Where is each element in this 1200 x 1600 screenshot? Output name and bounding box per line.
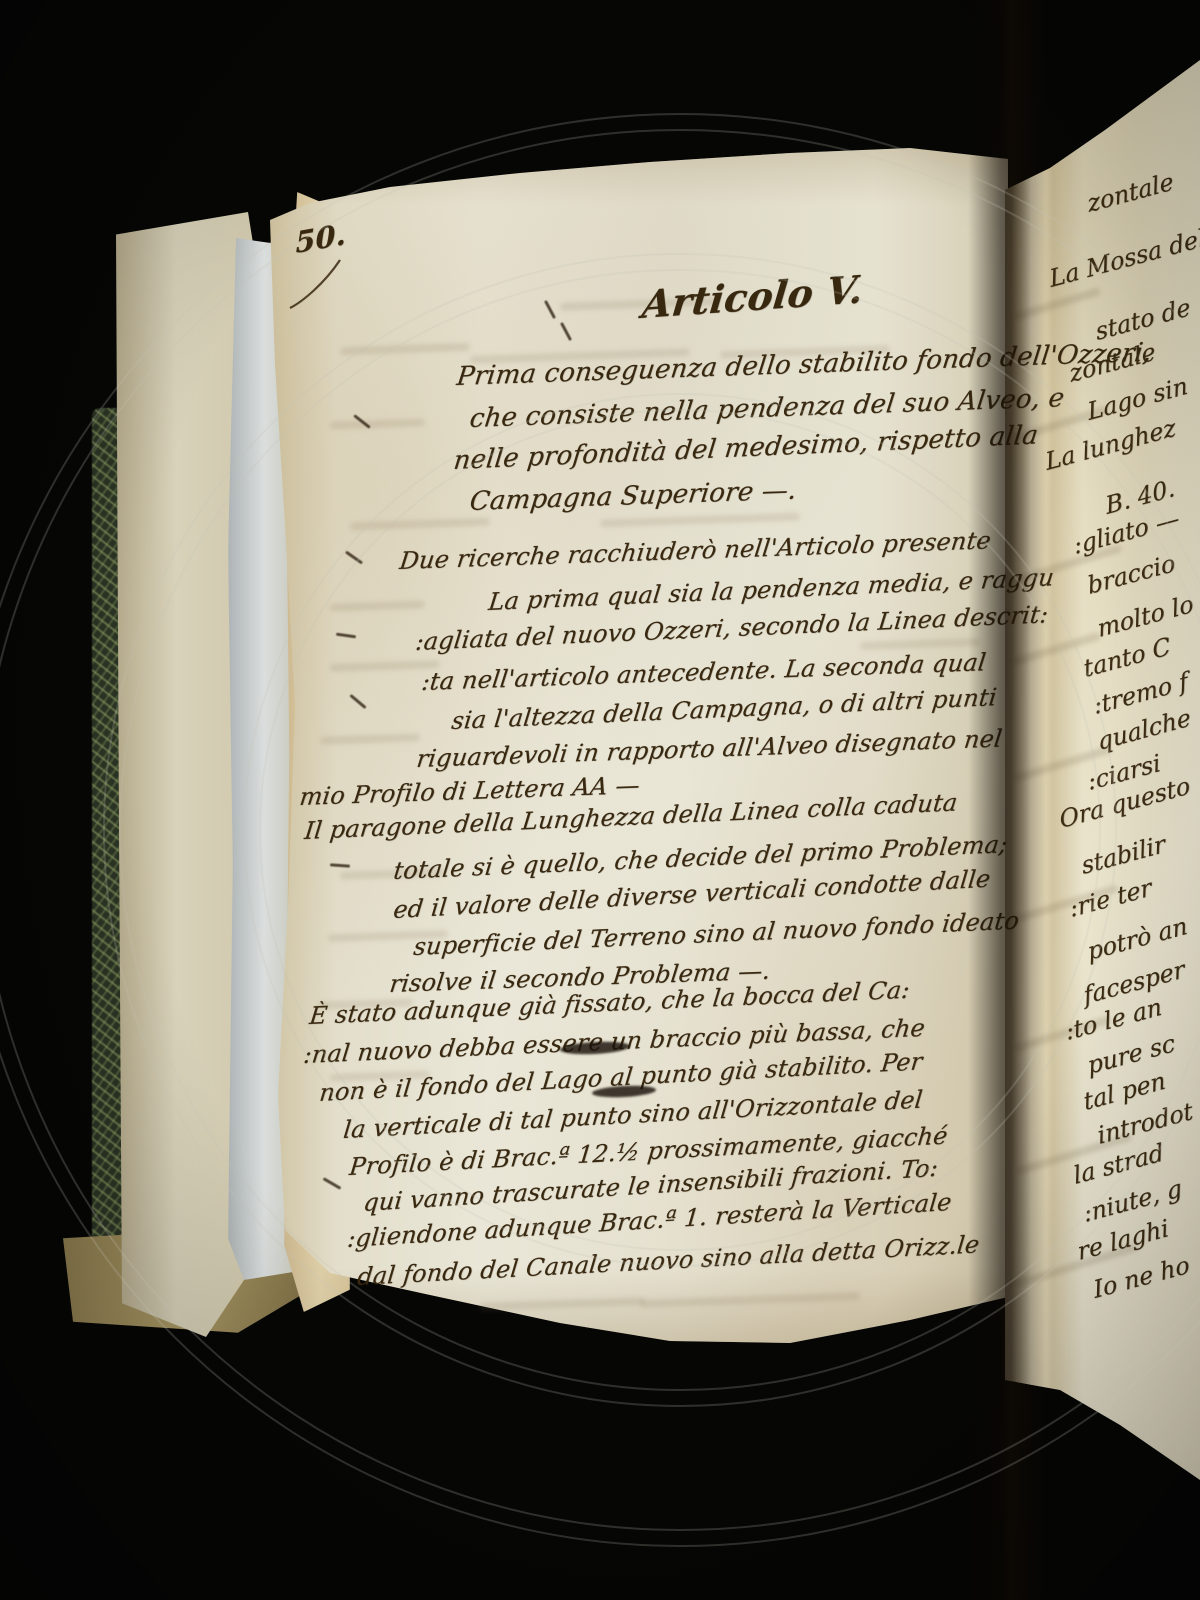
page-number-flourish — [286, 258, 350, 312]
manuscript-photo: 50. Articolo V. Prima conseguenza dello … — [0, 0, 1200, 1600]
